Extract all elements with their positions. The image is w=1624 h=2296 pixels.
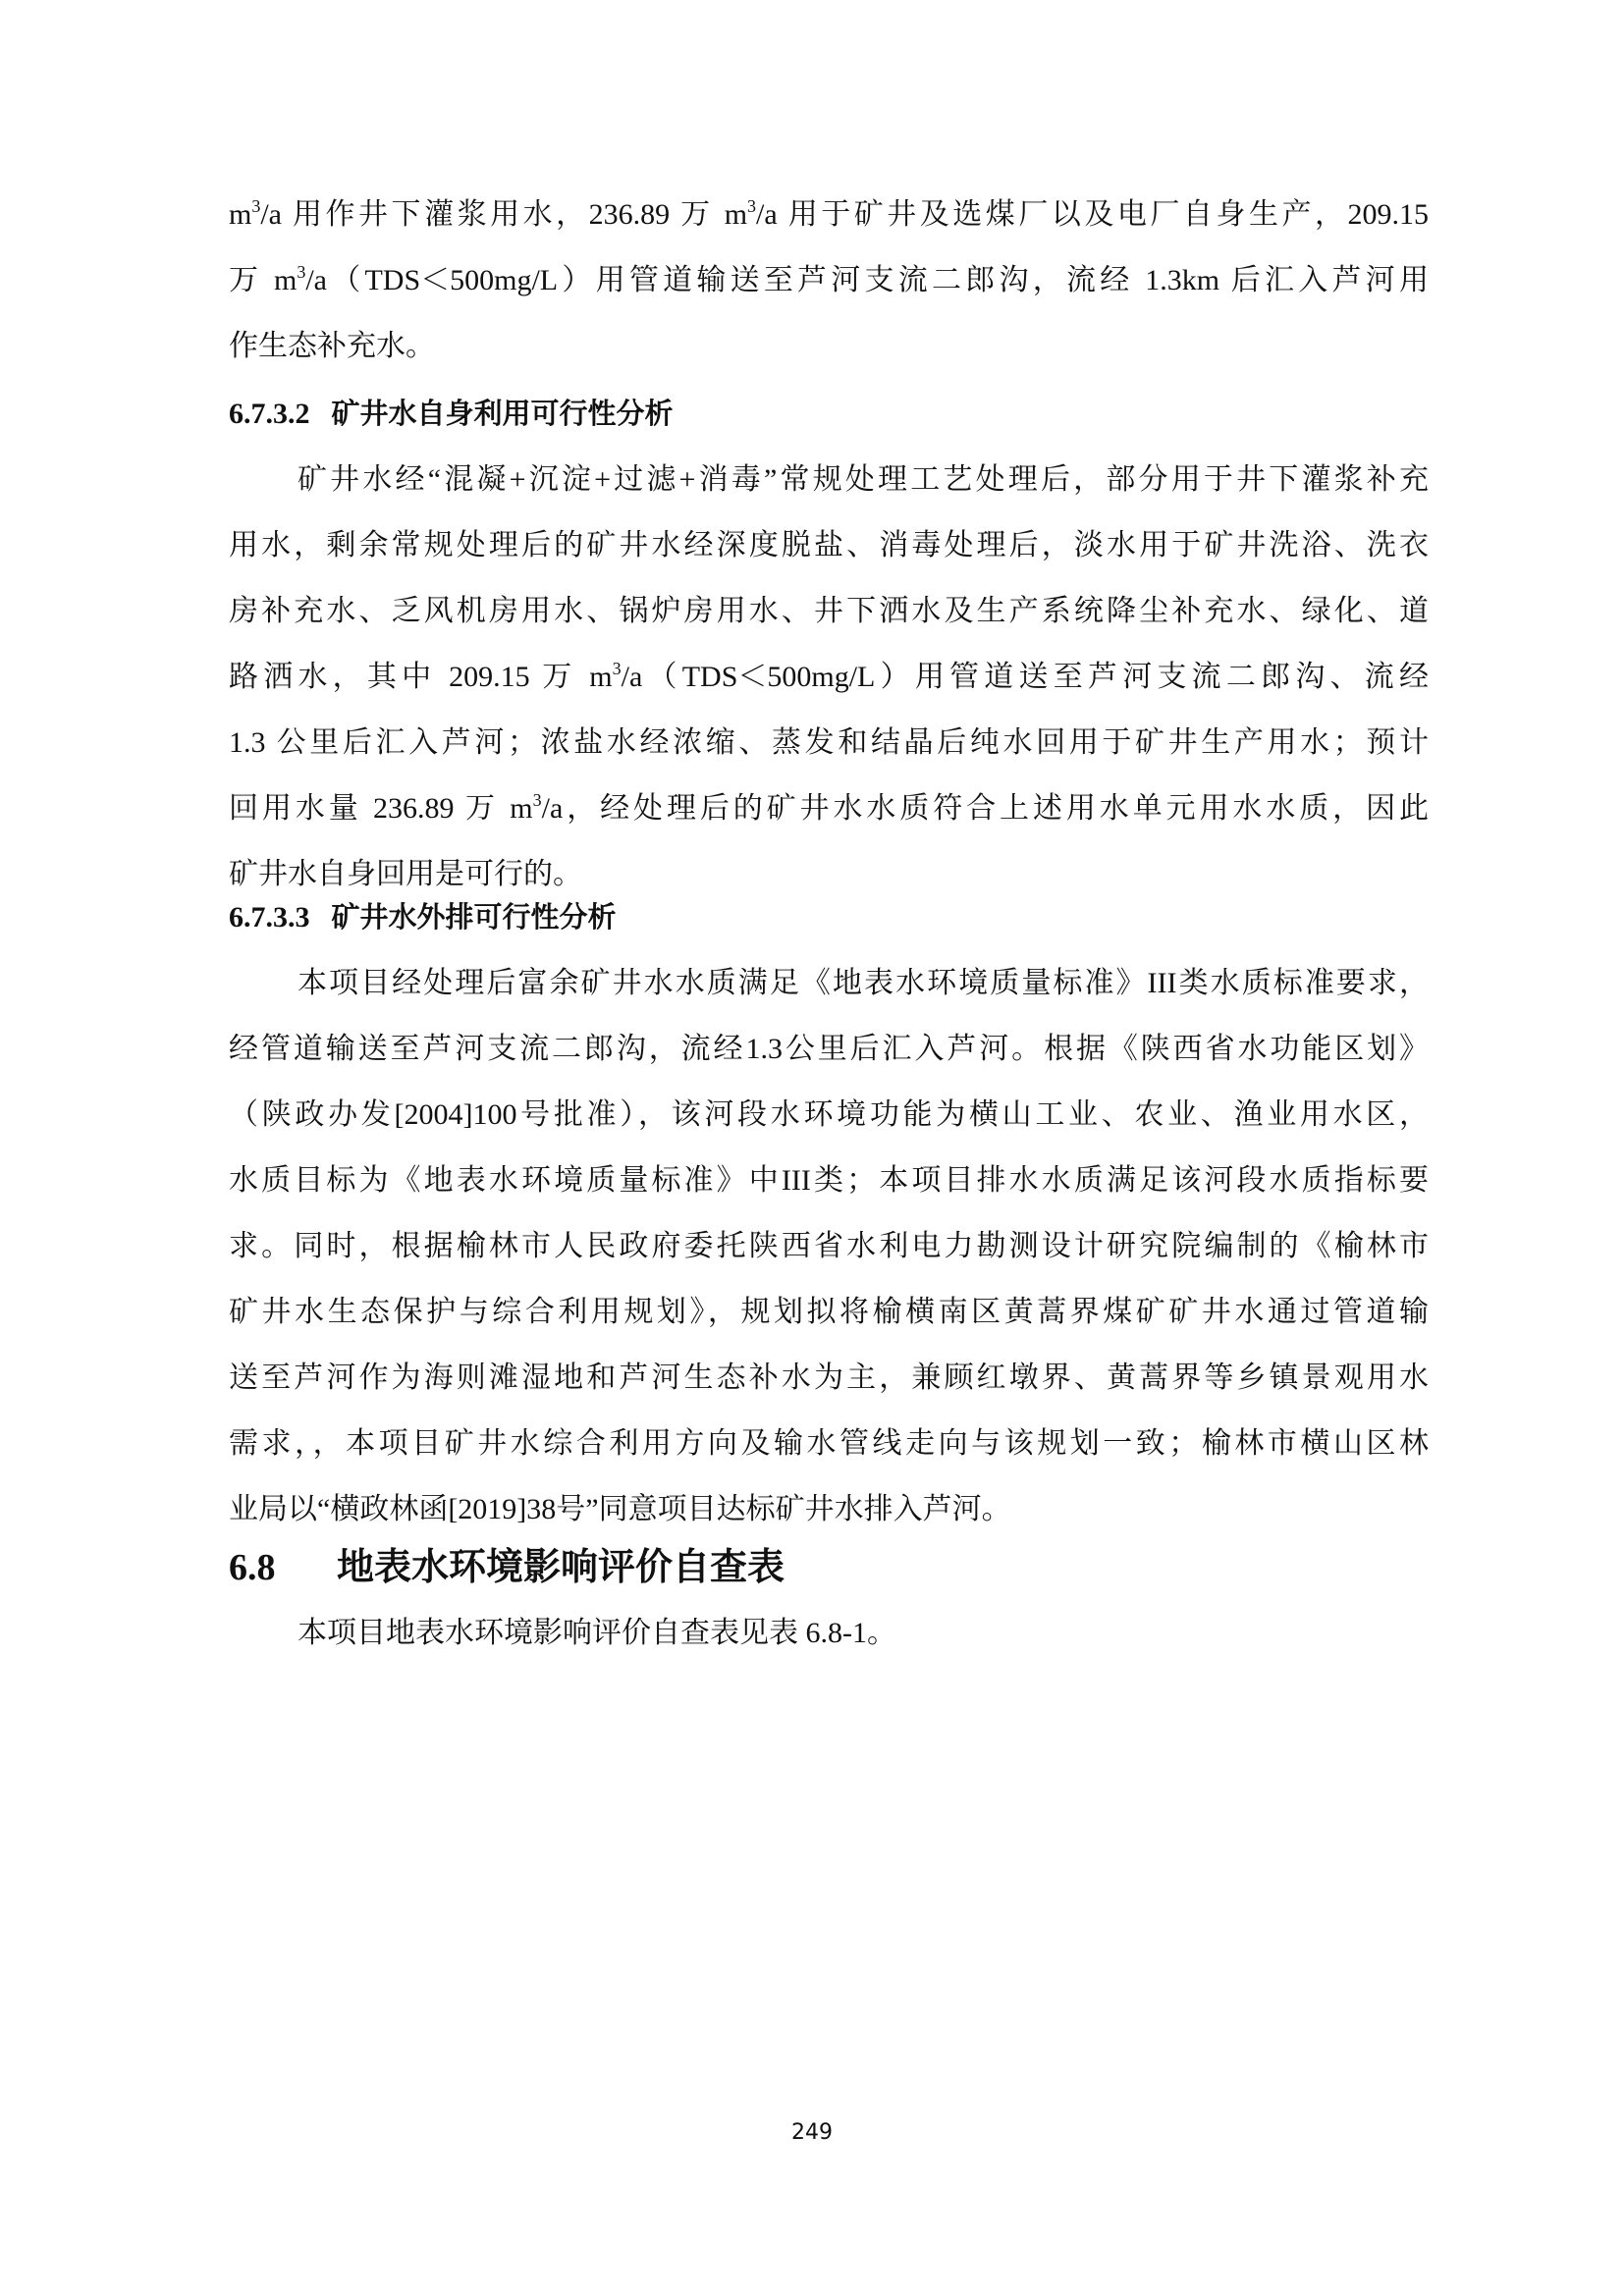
- section-title: 地表水环境影响评价自查表: [337, 1545, 785, 1588]
- text-run: 万 m: [229, 264, 297, 296]
- paragraph-line: 水质目标为《地表水环境质量标准》中III类；本项目排水水质满足该河段水质指标要: [229, 1159, 1429, 1202]
- paragraph-line: （陕政办发[2004]100号批准），该河段水环境功能为横山工业、农业、渔业用水…: [229, 1094, 1429, 1137]
- paragraph-line: 作生态补充水。: [229, 325, 1429, 368]
- paragraph-line: 需求，，本项目矿井水综合利用方向及输水管线走向与该规划一致；榆林市横山区林: [229, 1422, 1429, 1466]
- paragraph-line: 本项目地表水环境影响评价自查表见表 6.8-1。: [298, 1612, 1429, 1655]
- paragraph-line: 路洒水，其中 209.15 万 m3/a（TDS＜500mg/L）用管道送至芦河…: [229, 656, 1429, 699]
- paragraph-line: 本项目经处理后富余矿井水水质满足《地表水环境质量标准》III类水质标准要求，: [298, 962, 1429, 1005]
- paragraph-line: 万 m3/a（TDS＜500mg/L）用管道输送至芦河支流二郎沟，流经 1.3k…: [229, 259, 1429, 302]
- superscript: 3: [613, 659, 622, 678]
- section-title: 矿井水自身利用可行性分析: [332, 397, 674, 430]
- superscript: 3: [747, 196, 756, 216]
- paragraph-line: m3/a 用作井下灌浆用水，236.89 万 m3/a 用于矿井及选煤厂以及电厂…: [229, 193, 1429, 237]
- text-run: m: [229, 198, 251, 231]
- section-heading-6-8: 6.8地表水环境影响评价自查表: [229, 1539, 785, 1594]
- document-page: m3/a 用作井下灌浆用水，236.89 万 m3/a 用于矿井及选煤厂以及电厂…: [0, 0, 1624, 2296]
- paragraph-line: 业局以“横政林函[2019]38号”同意项目达标矿井水排入芦河。: [229, 1488, 1429, 1531]
- section-heading-6-7-3-2: 6.7.3.2矿井水自身利用可行性分析: [229, 392, 674, 435]
- section-number: 6.7.3.3: [229, 896, 310, 939]
- paragraph-line: 1.3 公里后汇入芦河；浓盐水经浓缩、蒸发和结晶后纯水回用于矿井生产用水；预计: [229, 721, 1429, 765]
- text-run: 回用水量 236.89 万 m: [229, 792, 533, 825]
- superscript: 3: [297, 262, 305, 282]
- superscript: 3: [533, 790, 542, 810]
- paragraph-line: 送至芦河作为海则滩湿地和芦河生态补水为主，兼顾红墩界、黄蒿界等乡镇景观用水: [229, 1357, 1429, 1400]
- section-heading-6-7-3-3: 6.7.3.3矿井水外排可行性分析: [229, 895, 617, 938]
- paragraph-line: 回用水量 236.89 万 m3/a，经处理后的矿井水水质符合上述用水单元用水水…: [229, 787, 1429, 830]
- paragraph-line: 矿井水经“混凝+沉淀+过滤+消毒”常规处理工艺处理后，部分用于井下灌浆补充: [298, 458, 1429, 502]
- section-number: 6.8: [229, 1540, 337, 1595]
- text-run: /a 用于矿井及选煤厂以及电厂自身生产，209.15: [756, 198, 1429, 231]
- paragraph-line: 经管道输送至芦河支流二郎沟，流经1.3公里后汇入芦河。根据《陕西省水功能区划》: [229, 1028, 1429, 1071]
- paragraph-line: 求。同时，根据榆林市人民政府委托陕西省水利电力勘测设计研究院编制的《榆林市: [229, 1225, 1429, 1268]
- text-run: /a（TDS＜500mg/L）用管道送至芦河支流二郎沟、流经: [622, 661, 1429, 693]
- paragraph-line: 房补充水、乏风机房用水、锅炉房用水、井下洒水及生产系统降尘补充水、绿化、道: [229, 590, 1429, 633]
- paragraph-line: 矿井水生态保护与综合利用规划》，规划拟将榆横南区黄蒿界煤矿矿井水通过管道输: [229, 1291, 1429, 1334]
- superscript: 3: [251, 196, 260, 216]
- text-run: 路洒水，其中 209.15 万 m: [229, 661, 613, 693]
- paragraph-line: 用水，剩余常规处理后的矿井水经深度脱盐、消毒处理后，淡水用于矿井洗浴、洗衣: [229, 524, 1429, 567]
- page-number: 249: [0, 2120, 1624, 2145]
- text-run: /a，经处理后的矿井水水质符合上述用水单元用水水质，因此: [542, 792, 1429, 825]
- text-run: /a 用作井下灌浆用水，236.89 万 m: [260, 198, 747, 231]
- paragraph-line: 矿井水自身回用是可行的。: [229, 853, 1429, 896]
- section-number: 6.7.3.2: [229, 393, 310, 436]
- section-title: 矿井水外排可行性分析: [332, 900, 617, 934]
- text-run: /a（TDS＜500mg/L）用管道输送至芦河支流二郎沟，流经 1.3km 后汇…: [305, 264, 1429, 296]
